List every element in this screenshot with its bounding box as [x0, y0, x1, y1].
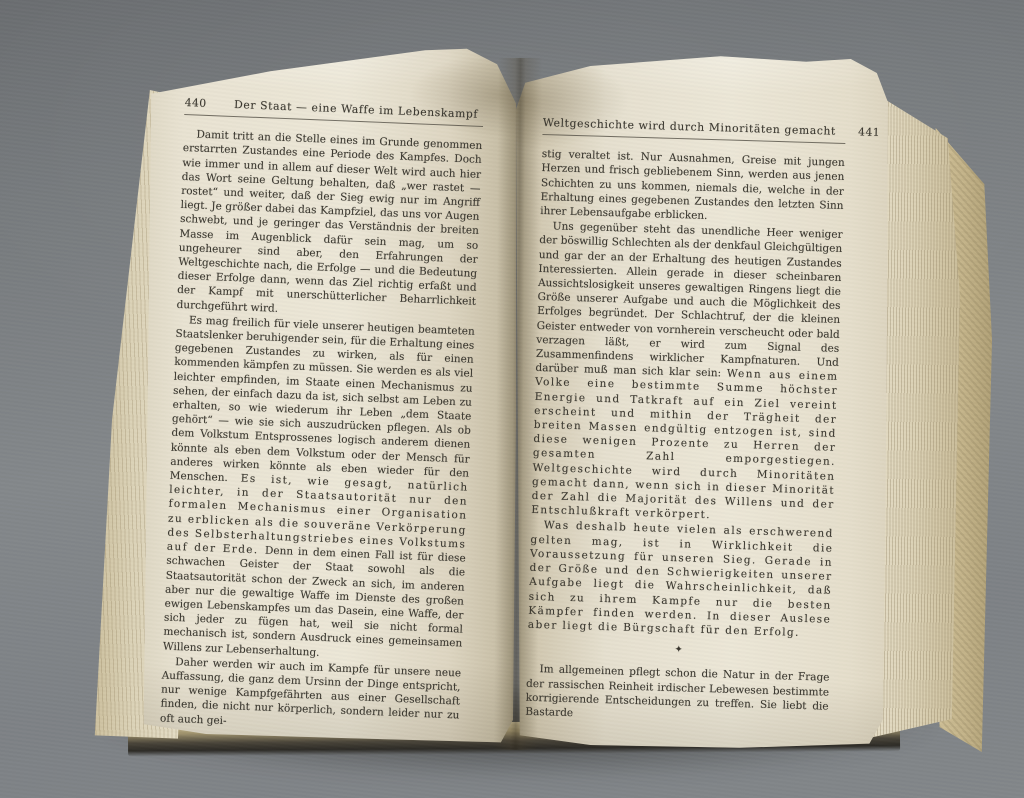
paragraph: Was deshalb heute vielen als erschwerend…: [528, 518, 834, 641]
text-segment: Wenn aus einem Volke eine bestimmte Summ…: [531, 368, 838, 522]
page-stack-left-edge: [84, 86, 192, 752]
text-segment: Denn in dem einen Fall ist für diese sch…: [163, 545, 466, 659]
right-page-header: Weltgeschichte wird durch Minoritäten ge…: [543, 116, 846, 139]
right-page-content: Weltgeschichte wird durch Minoritäten ge…: [525, 116, 846, 729]
left-running-title: Der Staat — eine Waffe im Lebenskampf: [228, 98, 483, 122]
text-segment: Daher werden wir auch im Kampfe für unse…: [160, 656, 462, 727]
text-segment: stig veraltet ist. Nur Ausnahmen, Greise…: [540, 148, 845, 222]
paragraph: Es mag freilich für viele unserer heutig…: [163, 313, 475, 666]
left-page-number: 440: [184, 96, 229, 112]
book-bottom-edge: [128, 719, 900, 756]
paragraph: stig veraltet ist. Nur Ausnahmen, Greise…: [540, 147, 845, 227]
left-page-content: 440 Der Staat — eine Waffe im Lebenskamp…: [160, 96, 484, 738]
left-page-header: 440 Der Staat — eine Waffe im Lebenskamp…: [184, 96, 483, 122]
book-shadow: [104, 688, 932, 780]
left-page-text: Damit tritt an die Stelle eines im Grund…: [160, 127, 483, 737]
book-gutter-shadow: [494, 58, 543, 750]
right-page-text: stig veraltet ist. Nur Ausnahmen, Greise…: [525, 147, 845, 728]
text-segment: Im allgemeinen pflegt schon die Natur in…: [525, 663, 829, 719]
right-header-rule: [542, 134, 845, 144]
section-separator-icon: ✦: [527, 639, 830, 662]
page-stack-right-edge: [858, 92, 960, 752]
text-segment: Es ist, wie gesagt, natürlich leichter, …: [167, 473, 469, 557]
left-header-rule: [184, 114, 483, 127]
paragraph: Daher werden wir auch im Kampfe für unse…: [160, 654, 462, 737]
text-segment: Uns gegenüber steht das unendliche Heer …: [535, 221, 842, 380]
right-page: Weltgeschichte wird durch Minoritäten ge…: [516, 52, 888, 752]
text-segment: Damit tritt an die Stelle eines im Grund…: [176, 129, 482, 315]
book-cover-edge: [928, 128, 992, 752]
right-page-number: 441: [836, 125, 880, 141]
text-segment: Es mag freilich für viele unserer heutig…: [170, 314, 476, 484]
photo-background: 440 Der Staat — eine Waffe im Lebenskamp…: [0, 0, 1024, 798]
text-segment: Was deshalb heute vielen als erschwerend…: [528, 520, 834, 639]
left-page: 440 Der Staat — eine Waffe im Lebenskamp…: [138, 46, 516, 748]
right-running-title: Weltgeschichte wird durch Minoritäten ge…: [543, 116, 837, 139]
paragraph: Uns gegenüber steht das unendliche Heer …: [531, 219, 843, 526]
paragraph: Damit tritt an die Stelle eines im Grund…: [176, 127, 482, 323]
paragraph: Im allgemeinen pflegt schon die Natur in…: [525, 662, 830, 728]
